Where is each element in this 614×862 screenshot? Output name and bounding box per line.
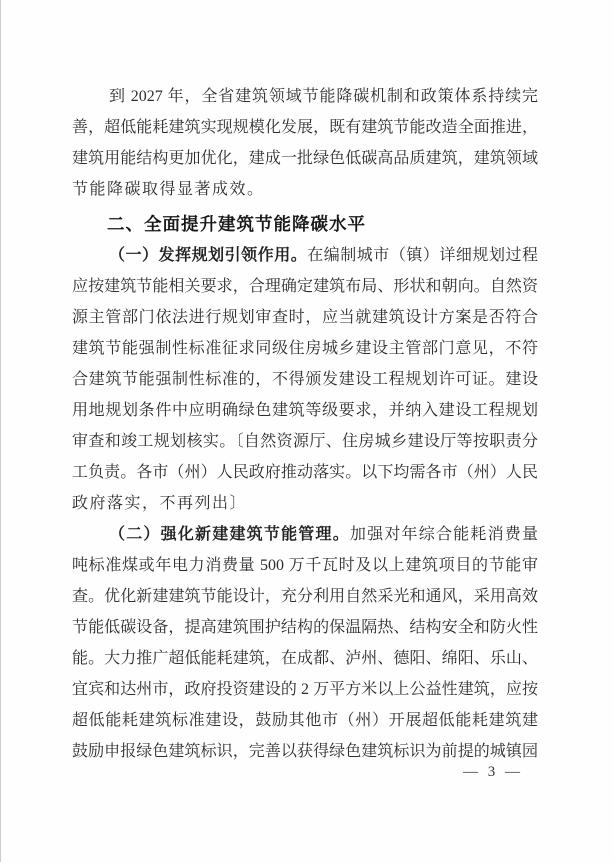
- text-line: 能。大力推广超低能耗建筑，在成都、泸州、德阳、绵阳、乐山、南充、: [72, 643, 538, 674]
- text-line: 审查和竣工规划核实。〔自然资源厅、住房城乡建设厅等按职责分: [72, 426, 538, 457]
- item-title-bold: （一）发挥规划引领作用。: [109, 247, 307, 264]
- text-line: 善，超低能耗建筑实现规模化发展，既有建筑节能改造全面推进，: [72, 112, 538, 143]
- document-body: 到 2027 年，全省建筑领域节能降碳机制和政策体系持续完 善，超低能耗建筑实现…: [72, 81, 538, 767]
- text-line: 查。优化新建建筑节能设计，充分利用自然采光和通风，采用高效: [72, 581, 538, 612]
- text-line: 超低能耗建筑标准建设，鼓励其他市（州）开展超低能耗建筑建设。: [72, 705, 538, 736]
- section-heading: 二、全面提升建筑节能降碳水平: [72, 209, 538, 240]
- text-line: 节能降碳取得显著成效。: [72, 174, 538, 205]
- text-line: 吨标准煤或年电力消费量 500 万千瓦时及以上建筑项目的节能审: [72, 550, 538, 581]
- text-line: 工负责。各市（州）人民政府推动落实。以下均需各市（州）人民: [72, 457, 538, 488]
- text-line: 宜宾和达州市，政府投资建设的 2 万平方米以上公益性建筑，应按: [72, 674, 538, 705]
- text-line: 到 2027 年，全省建筑领域节能降碳机制和政策体系持续完: [72, 81, 538, 112]
- document-page: 到 2027 年，全省建筑领域节能降碳机制和政策体系持续完 善，超低能耗建筑实现…: [0, 0, 614, 862]
- text-line: （二）强化新建建筑节能管理。加强对年综合能耗消费量 1000: [72, 519, 538, 550]
- text-line: （一）发挥规划引领作用。在编制城市（镇）详细规划过程中，: [72, 240, 538, 271]
- text-line: 节能低碳设备，提高建筑围护结构的保温隔热、结构安全和防火性: [72, 612, 538, 643]
- item-title-bold: （二）强化新建建筑节能管理。: [109, 526, 350, 543]
- text-line: 应按建筑节能相关要求，合理确定建筑布局、形状和朝向。自然资: [72, 271, 538, 302]
- text-line: 政府落实，不再列出〕: [72, 488, 538, 519]
- page-number: — 3 —: [463, 762, 523, 782]
- text-line: 建筑节能强制性标准征求同级住房城乡建设主管部门意见，不符: [72, 333, 538, 364]
- text-line: 合建筑节能强制性标准的，不得颁发建设工程规划许可证。建设: [72, 364, 538, 395]
- text-line: 源主管部门依法进行规划审查时，应当就建筑设计方案是否符合: [72, 302, 538, 333]
- text-line: 用地规划条件中应明确绿色建筑等级要求，并纳入建设工程规划: [72, 395, 538, 426]
- text-line: 建筑用能结构更加优化，建成一批绿色低碳高品质建筑，建筑领域: [72, 143, 538, 174]
